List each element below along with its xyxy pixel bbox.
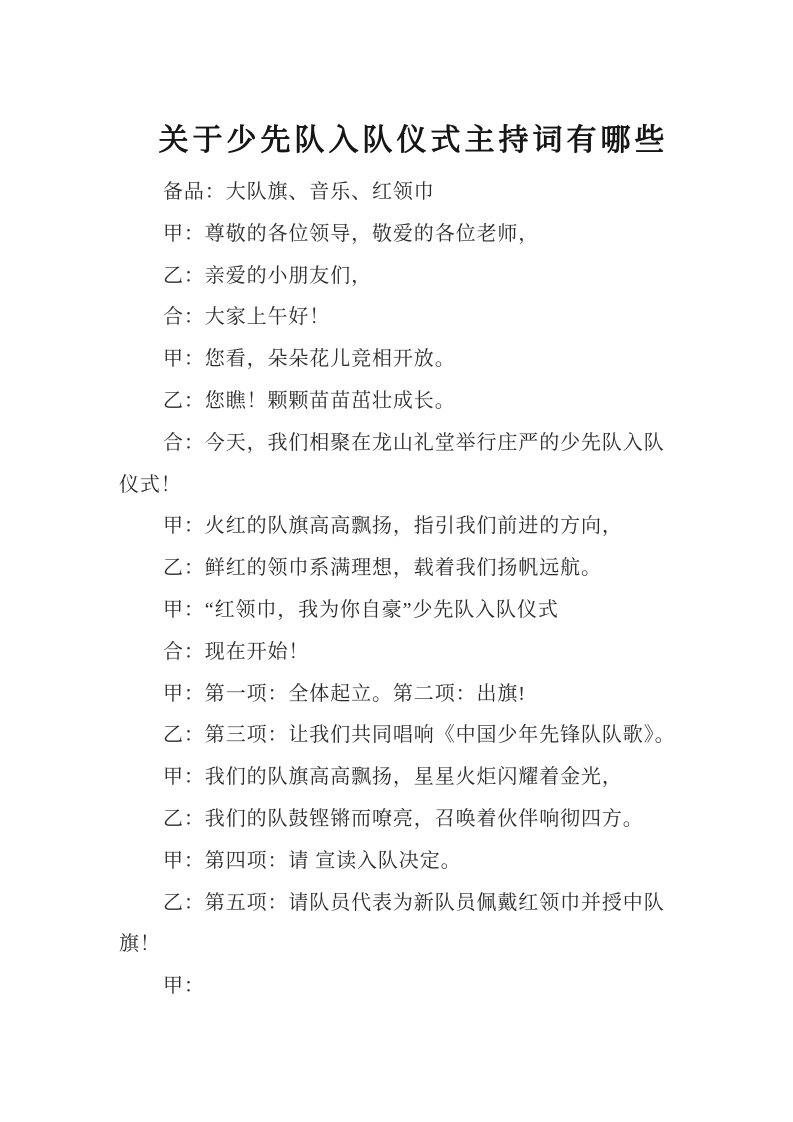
document-title: 关于少先队入队仪式主持词有哪些 — [119, 118, 684, 164]
text-line: 甲：火红的队旗高高飘扬，指引我们前进的方向， — [119, 506, 684, 548]
text-line: 甲：您看，朵朵花儿竞相开放。 — [119, 339, 684, 381]
text-line: 甲：第四项：请 宣读入队决定。 — [119, 841, 684, 883]
text-line: 旗！ — [119, 924, 684, 966]
text-line: 乙：您瞧！颗颗苗苗茁壮成长。 — [119, 381, 684, 423]
text-line: 备品：大队旗、音乐、红领巾 — [119, 172, 684, 214]
text-line: 乙：我们的队鼓铿锵而嘹亮，召唤着伙伴响彻四方。 — [119, 799, 684, 841]
text-line: 甲：尊敬的各位领导，敬爱的各位老师， — [119, 214, 684, 256]
document-body: 备品：大队旗、音乐、红领巾甲：尊敬的各位领导，敬爱的各位老师，乙：亲爱的小朋友们… — [119, 172, 684, 1008]
text-line: 乙：第三项：让我们共同唱响《中国少年先锋队队歌》。 — [119, 715, 684, 757]
text-line: 仪式！ — [119, 465, 684, 507]
text-line: 甲：“红领巾，我为你自豪”少先队入队仪式 — [119, 590, 684, 632]
document-page: 关于少先队入队仪式主持词有哪些 备品：大队旗、音乐、红领巾甲：尊敬的各位领导，敬… — [0, 0, 793, 1122]
text-line: 甲： — [119, 966, 684, 1008]
text-line: 合：今天，我们相聚在龙山礼堂举行庄严的少先队入队 — [119, 423, 684, 465]
text-line: 甲：我们的队旗高高飘扬，星星火炬闪耀着金光， — [119, 757, 684, 799]
text-line: 合：现在开始！ — [119, 632, 684, 674]
text-line: 乙：亲爱的小朋友们， — [119, 256, 684, 298]
text-line: 乙：第五项：请队员代表为新队员佩戴红领巾并授中队 — [119, 883, 684, 925]
text-line: 乙：鲜红的领巾系满理想，载着我们扬帆远航。 — [119, 548, 684, 590]
document-content: 关于少先队入队仪式主持词有哪些 备品：大队旗、音乐、红领巾甲：尊敬的各位领导，敬… — [119, 0, 684, 1008]
text-line: 合：大家上午好！ — [119, 297, 684, 339]
text-line: 甲：第一项：全体起立。第二项：出旗! — [119, 674, 684, 716]
